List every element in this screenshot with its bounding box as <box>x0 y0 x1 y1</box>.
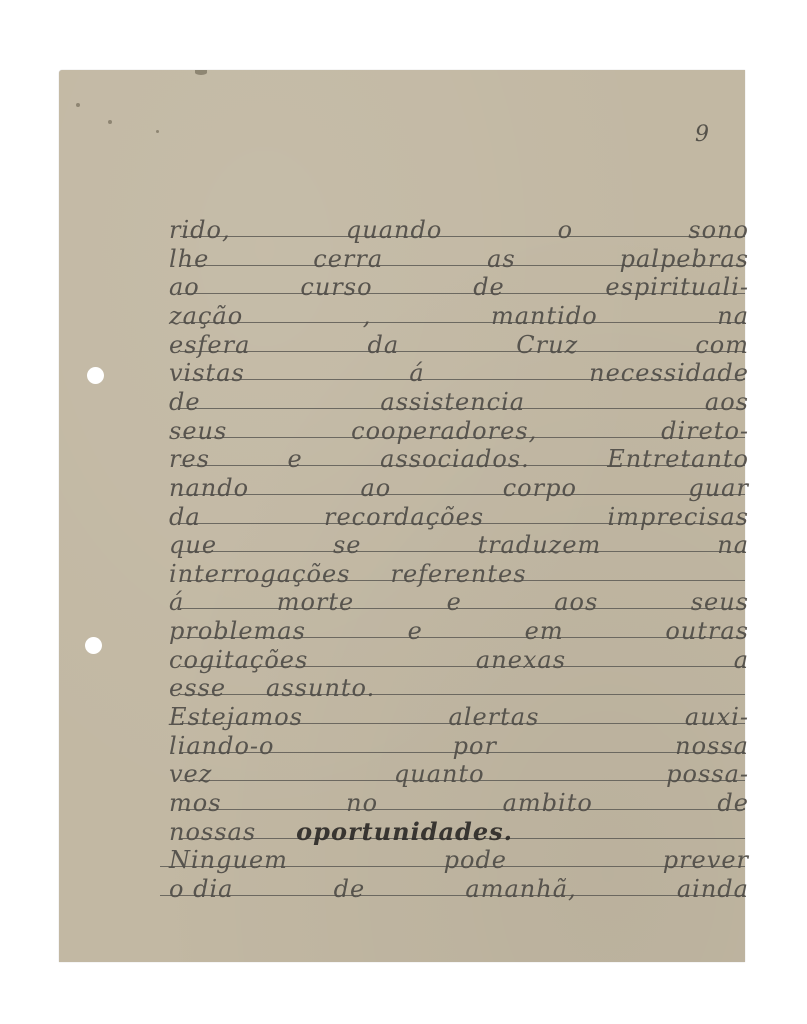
handwritten-word: lhe <box>169 245 209 273</box>
handwritten-line: Estejamosalertasauxi- <box>169 703 749 731</box>
handwritten-line: nandoaocorpoguar <box>169 474 749 502</box>
handwritten-word: liando-o <box>169 732 275 760</box>
handwritten-word: aos <box>554 588 598 616</box>
handwritten-word: o dia <box>169 875 233 903</box>
handwritten-word: alertas <box>448 703 539 731</box>
handwritten-word: res <box>169 445 210 473</box>
paper-stain <box>156 130 159 133</box>
handwritten-line: cogitaçõesanexasa <box>169 646 749 674</box>
handwritten-word: curso <box>300 273 372 301</box>
handwritten-line: seuscooperadores,direto- <box>169 417 749 445</box>
handwritten-word: sono <box>688 216 749 244</box>
handwritten-line: nossasoportunidades. <box>169 818 749 846</box>
paper-stain <box>76 103 80 107</box>
handwritten-word: oportunidades. <box>296 817 513 846</box>
handwritten-word: pode <box>444 846 507 874</box>
handwritten-word: da <box>169 503 201 531</box>
manuscript-page: 9 rido,quandoosonolhecerraaspalpebrasaoc… <box>59 70 745 962</box>
handwritten-line: zação,mantidona <box>169 302 749 330</box>
handwritten-word: Cruz <box>516 331 578 359</box>
handwritten-word: de <box>717 789 749 817</box>
handwritten-word: cerra <box>313 245 383 273</box>
handwritten-word: Entretanto <box>607 445 749 473</box>
handwritten-word: cooperadores, <box>351 417 537 445</box>
handwritten-line: deassistenciaaos <box>169 388 749 416</box>
handwritten-word: ao <box>361 474 392 502</box>
paper-stain <box>195 70 207 75</box>
handwritten-word: ainda <box>677 875 749 903</box>
handwritten-word: nossas <box>169 818 256 846</box>
handwritten-word: de <box>334 875 366 903</box>
handwritten-word: e <box>287 445 302 473</box>
handwritten-word: possa- <box>666 760 749 788</box>
handwritten-word: seus <box>169 417 227 445</box>
handwritten-word: corpo <box>503 474 577 502</box>
paper-stain <box>108 120 112 124</box>
handwritten-line: esseassunto. <box>169 674 749 702</box>
handwritten-word: outras <box>665 617 749 645</box>
handwritten-word: recordações <box>324 503 484 531</box>
handwritten-word: problemas <box>169 617 306 645</box>
handwritten-word: esse <box>169 674 226 702</box>
handwritten-line: liando-opornossa <box>169 732 749 760</box>
handwritten-line: vistasánecessidade <box>169 359 749 387</box>
handwritten-word: mos <box>169 789 222 817</box>
handwritten-word: em <box>525 617 564 645</box>
handwritten-word: o <box>558 216 573 244</box>
handwritten-line: darecordaçõesimprecisas <box>169 503 749 531</box>
handwritten-word: assistencia <box>380 388 525 416</box>
handwritten-line: esferadaCruzcom <box>169 331 749 359</box>
handwritten-word: nossa <box>675 732 749 760</box>
handwritten-word: aos <box>705 388 749 416</box>
handwritten-word: palpebras <box>620 245 749 273</box>
handwritten-word: zação <box>169 302 243 330</box>
handwritten-line: ámorteeaosseus <box>169 588 749 616</box>
handwritten-word: de <box>169 388 201 416</box>
handwritten-word: da <box>368 331 400 359</box>
handwritten-word: esfera <box>169 331 250 359</box>
handwritten-word: interrogações <box>169 560 350 588</box>
handwritten-line: o diadeamanhã,ainda <box>169 875 749 903</box>
handwritten-line: vezquantopossa- <box>169 760 749 788</box>
handwritten-word: mantido <box>491 302 598 330</box>
handwritten-word: cogitações <box>169 646 308 674</box>
handwritten-word: ao <box>169 273 200 301</box>
handwritten-word: vistas <box>169 359 245 387</box>
handwritten-word: rido, <box>169 216 231 244</box>
handwritten-word: á <box>409 359 424 387</box>
handwritten-word: Ninguem <box>169 846 288 874</box>
handwritten-word: se <box>333 531 362 559</box>
page-number: 9 <box>695 122 709 147</box>
handwritten-word: , <box>363 302 372 330</box>
handwritten-line: interrogaçõesreferentes <box>169 560 749 588</box>
punch-hole <box>85 637 102 654</box>
handwritten-word: espirituali- <box>605 273 749 301</box>
handwritten-word: por <box>453 732 497 760</box>
handwritten-word: quanto <box>394 760 485 788</box>
handwritten-line: lhecerraaspalpebras <box>169 245 749 273</box>
handwritten-line: reseassociados.Entretanto <box>169 445 749 473</box>
handwritten-line: quesetraduzemna <box>169 531 749 559</box>
handwritten-word: e <box>408 617 423 645</box>
handwritten-word: com <box>695 331 749 359</box>
handwritten-word: quando <box>346 216 442 244</box>
handwritten-word: ambito <box>503 789 593 817</box>
handwritten-word: Estejamos <box>169 703 303 731</box>
handwritten-word: auxi- <box>685 703 749 731</box>
handwritten-word: imprecisas <box>607 503 749 531</box>
handwritten-word: direto- <box>661 417 749 445</box>
handwritten-word: que <box>169 531 217 559</box>
handwritten-word: á <box>169 588 184 616</box>
handwritten-line: rido,quandoosono <box>169 216 749 244</box>
handwritten-word: nando <box>169 474 249 502</box>
punch-hole <box>87 367 104 384</box>
handwritten-word: amanhã, <box>465 875 576 903</box>
handwritten-line: aocursodeespirituali- <box>169 273 749 301</box>
handwritten-word: no <box>346 789 378 817</box>
handwritten-line: mosnoambitode <box>169 789 749 817</box>
handwritten-word: as <box>487 245 516 273</box>
handwritten-word: traduzem <box>477 531 601 559</box>
handwritten-word: na <box>717 531 749 559</box>
handwritten-word: a <box>734 646 749 674</box>
handwritten-line: Ninguempodeprever <box>169 846 749 874</box>
handwritten-word: na <box>717 302 749 330</box>
handwritten-word: prever <box>663 846 749 874</box>
handwritten-word: morte <box>277 588 355 616</box>
handwritten-word: assunto. <box>266 674 375 702</box>
handwritten-word: associados. <box>380 445 530 473</box>
handwritten-word: vez <box>169 760 212 788</box>
handwritten-word: guar <box>688 474 749 502</box>
handwritten-word: anexas <box>476 646 566 674</box>
handwritten-line: problemaseemoutras <box>169 617 749 645</box>
handwritten-word: de <box>473 273 505 301</box>
handwritten-word: referentes <box>390 560 526 588</box>
handwritten-word: necessidade <box>589 359 749 387</box>
handwritten-word: e <box>447 588 462 616</box>
handwritten-word: seus <box>691 588 749 616</box>
